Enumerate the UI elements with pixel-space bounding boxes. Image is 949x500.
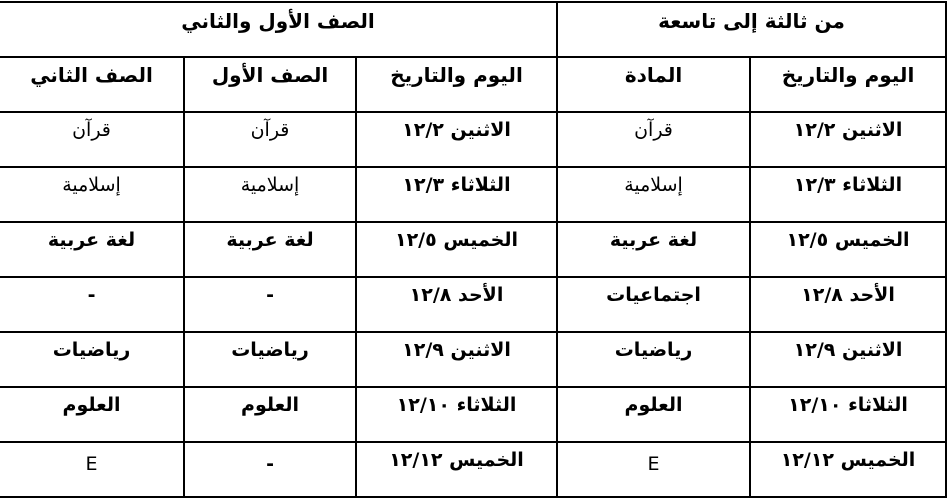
subject-cell: رياضيات <box>558 333 749 386</box>
subject-cell: العلوم <box>558 388 749 441</box>
header-date: اليوم والتاريخ <box>751 58 945 111</box>
grade-2-cell: إسلامية <box>0 168 183 221</box>
header-grade-1: الصف الأول <box>185 58 355 111</box>
table-border-right <box>945 1 947 498</box>
grade-1-cell: إسلامية <box>185 168 355 221</box>
date-cell: الثلاثاء ١٢/٣ <box>751 168 945 221</box>
table-border-bottom <box>0 496 947 498</box>
grade-2-cell: لغة عربية <box>0 223 183 276</box>
subject-cell: E <box>558 443 749 496</box>
date-cell: الثلاثاء ١٢/١٠ <box>357 388 556 441</box>
grade-1-cell: - <box>185 278 355 331</box>
subject-cell: إسلامية <box>558 168 749 221</box>
grade-2-cell: قرآن <box>0 113 183 166</box>
grade-1-cell: رياضيات <box>185 333 355 386</box>
date-cell: الاثنين ١٢/٢ <box>357 113 556 166</box>
date-cell: الخميس ١٢/١٢ <box>357 443 556 496</box>
grade-2-cell: العلوم <box>0 388 183 441</box>
header-subject: المادة <box>558 58 749 111</box>
exam-schedule-table: من ثالثة إلى تاسعة الصف الأول والثاني ال… <box>0 0 949 500</box>
grade-1-cell: - <box>185 443 355 496</box>
date-cell: الاثنين ١٢/٩ <box>357 333 556 386</box>
header-grade-2: الصف الثاني <box>0 58 183 111</box>
grade-2-cell: رياضيات <box>0 333 183 386</box>
group-title-grades-3-to-9: من ثالثة إلى تاسعة <box>558 3 945 56</box>
date-cell: الثلاثاء ١٢/١٠ <box>751 388 945 441</box>
grade-1-cell: لغة عربية <box>185 223 355 276</box>
date-cell: الخميس ١٢/٥ <box>357 223 556 276</box>
subject-cell: اجتماعيات <box>558 278 749 331</box>
subject-cell: لغة عربية <box>558 223 749 276</box>
date-cell: الأحد ١٢/٨ <box>357 278 556 331</box>
date-cell: الثلاثاء ١٢/٣ <box>357 168 556 221</box>
group-title-grades-1-and-2: الصف الأول والثاني <box>0 3 556 56</box>
grade-2-cell: E <box>0 443 183 496</box>
date-cell: الاثنين ١٢/٢ <box>751 113 945 166</box>
date-cell: الخميس ١٢/٥ <box>751 223 945 276</box>
date-cell: الاثنين ١٢/٩ <box>751 333 945 386</box>
grade-2-cell: - <box>0 278 183 331</box>
date-cell: الخميس ١٢/١٢ <box>751 443 945 496</box>
subject-cell: قرآن <box>558 113 749 166</box>
grade-1-cell: قرآن <box>185 113 355 166</box>
header-date: اليوم والتاريخ <box>357 58 556 111</box>
date-cell: الأحد ١٢/٨ <box>751 278 945 331</box>
grade-1-cell: العلوم <box>185 388 355 441</box>
